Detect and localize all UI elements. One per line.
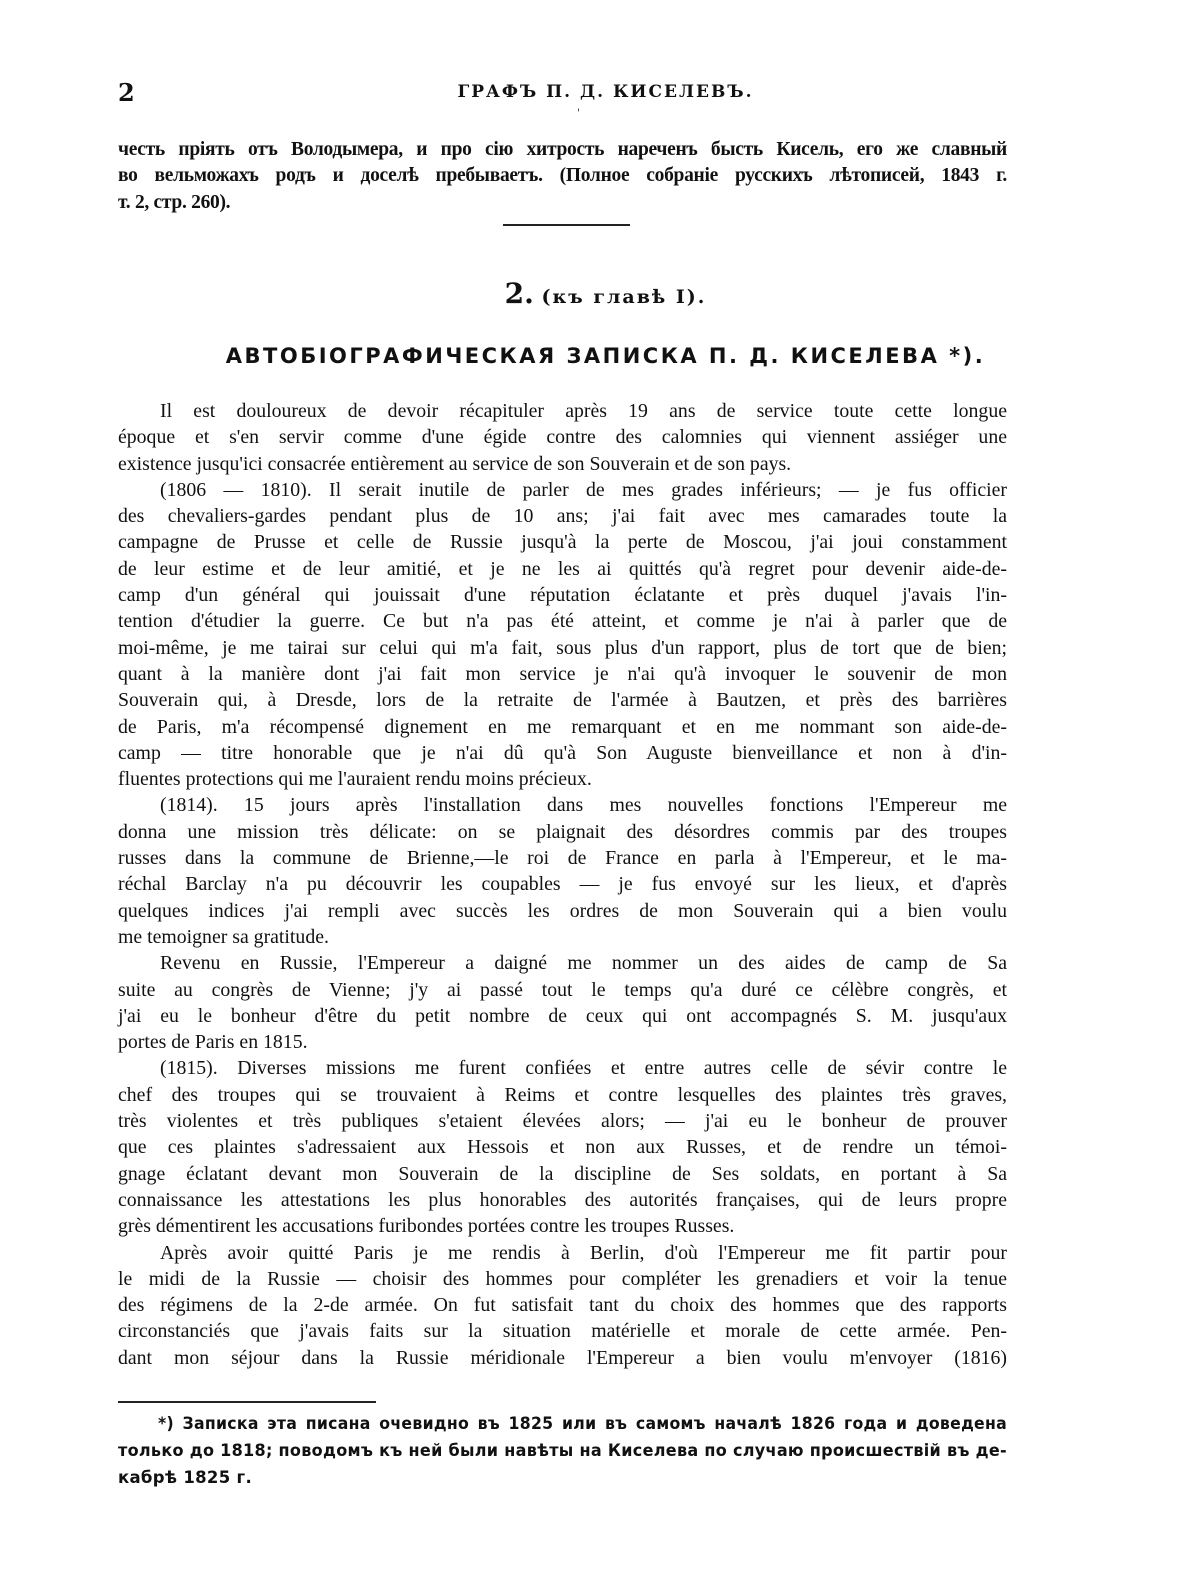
- body-line: j'ai eu le bonheur d'être du petit nombr…: [118, 1003, 1007, 1029]
- text-line: честь пріять отъ Володымера, и про сію х…: [118, 137, 1007, 163]
- body-line: dant mon séjour dans la Russie méridiona…: [118, 1345, 1007, 1371]
- body-line: époque et s'en servir comme d'une égide …: [118, 424, 1007, 450]
- body-line: des chevaliers-gardes pendant plus de 10…: [118, 503, 1007, 529]
- footnote-line: *) Записка эта писана очевидно въ 1825 и…: [118, 1410, 1007, 1437]
- body-line: portes de Paris en 1815.: [118, 1029, 1007, 1055]
- body-line: Revenu en Russie, l'Empereur a daigné me…: [118, 950, 1007, 976]
- footnote-line: кабрѣ 1825 г.: [118, 1464, 1007, 1491]
- body-line: russes dans la commune de Brienne,—le ro…: [118, 845, 1007, 871]
- body-line: réchal Barclay n'a pu découvrir les coup…: [118, 871, 1007, 897]
- body-line: très violentes et très publiques s'etaie…: [118, 1108, 1007, 1134]
- body-line: suite au congrès de Vienne; j'y ai passé…: [118, 977, 1007, 1003]
- body-line: grès démentirent les accusations furibon…: [118, 1213, 1007, 1239]
- body-line: de leur estime et de leur amitié, et je …: [118, 556, 1007, 582]
- section-number: 2.: [505, 277, 534, 310]
- running-title: ГРАФЪ П. Д. КИСЕЛЕВЪ.: [0, 82, 1191, 102]
- body-line: donna une mission très délicate: on se p…: [118, 819, 1007, 845]
- body-line: quelques indices j'ai rempli avec succès…: [118, 898, 1007, 924]
- body-line: (1814). 15 jours après l'installation da…: [118, 792, 1007, 818]
- body-line: des régimens de la 2-de armée. On fut sa…: [118, 1292, 1007, 1318]
- body-line: tention d'étudier la guerre. Ce but n'a …: [118, 608, 1007, 634]
- stray-mark: ': [577, 108, 580, 119]
- body-line: Souverain qui, à Dresde, lors de la retr…: [118, 687, 1007, 713]
- text-line: во вельможахъ родъ и доселѣ пребываетъ. …: [118, 163, 1007, 189]
- body-line: de Paris, m'a récompensé dignement en me…: [118, 714, 1007, 740]
- body-text: Il est douloureux de devoir récapituler …: [118, 398, 1007, 1371]
- body-line: que ces plaintes s'adressaient aux Hesso…: [118, 1134, 1007, 1160]
- body-line: Après avoir quitté Paris je me rendis à …: [118, 1240, 1007, 1266]
- body-line: connaissance les attestations les plus h…: [118, 1187, 1007, 1213]
- footnote-line: только до 1818; поводомъ къ ней были нав…: [118, 1437, 1007, 1464]
- body-line: gnage éclatant devant mon Souverain de l…: [118, 1161, 1007, 1187]
- body-line: existence jusqu'ici consacrée entièremen…: [118, 451, 1007, 477]
- body-line: me temoigner sa gratitude.: [118, 924, 1007, 950]
- footnote-rule: [118, 1401, 376, 1403]
- body-line: Il est douloureux de devoir récapituler …: [118, 398, 1007, 424]
- body-line: fluentes protections qui me l'auraient r…: [118, 766, 1007, 792]
- continuation-paragraph: честь пріять отъ Володымера, и про сію х…: [118, 137, 1007, 216]
- body-line: (1806 — 1810). Il serait inutile de parl…: [118, 477, 1007, 503]
- body-line: campagne de Prusse et celle de Russie ju…: [118, 529, 1007, 555]
- text-line: т. 2, стр. 260).: [118, 190, 1007, 216]
- footnote: *) Записка эта писана очевидно въ 1825 и…: [118, 1410, 1007, 1491]
- body-line: chef des troupes qui se trouvaient à Rei…: [118, 1082, 1007, 1108]
- body-line: camp — titre honorable que je n'ai dû qu…: [118, 740, 1007, 766]
- section-heading: 2. (къ главѣ I).: [0, 277, 1191, 310]
- body-line: quant à la manière dont j'ai fait mon se…: [118, 661, 1007, 687]
- chapter-reference: (къ главѣ I).: [541, 286, 706, 308]
- body-line: circonstanciés que j'avais faits sur la …: [118, 1318, 1007, 1344]
- section-separator: [503, 224, 630, 226]
- body-line: (1815). Diverses missions me furent conf…: [118, 1055, 1007, 1081]
- document-title: АВТОБІОГРАФИЧЕСКАЯ ЗАПИСКА П. Д. КИСЕЛЕВ…: [0, 344, 1191, 368]
- body-line: le midi de la Russie — choisir des homme…: [118, 1266, 1007, 1292]
- body-line: camp d'un général qui jouissait d'une ré…: [118, 582, 1007, 608]
- body-line: moi-même, je me tairai sur celui qui m'a…: [118, 635, 1007, 661]
